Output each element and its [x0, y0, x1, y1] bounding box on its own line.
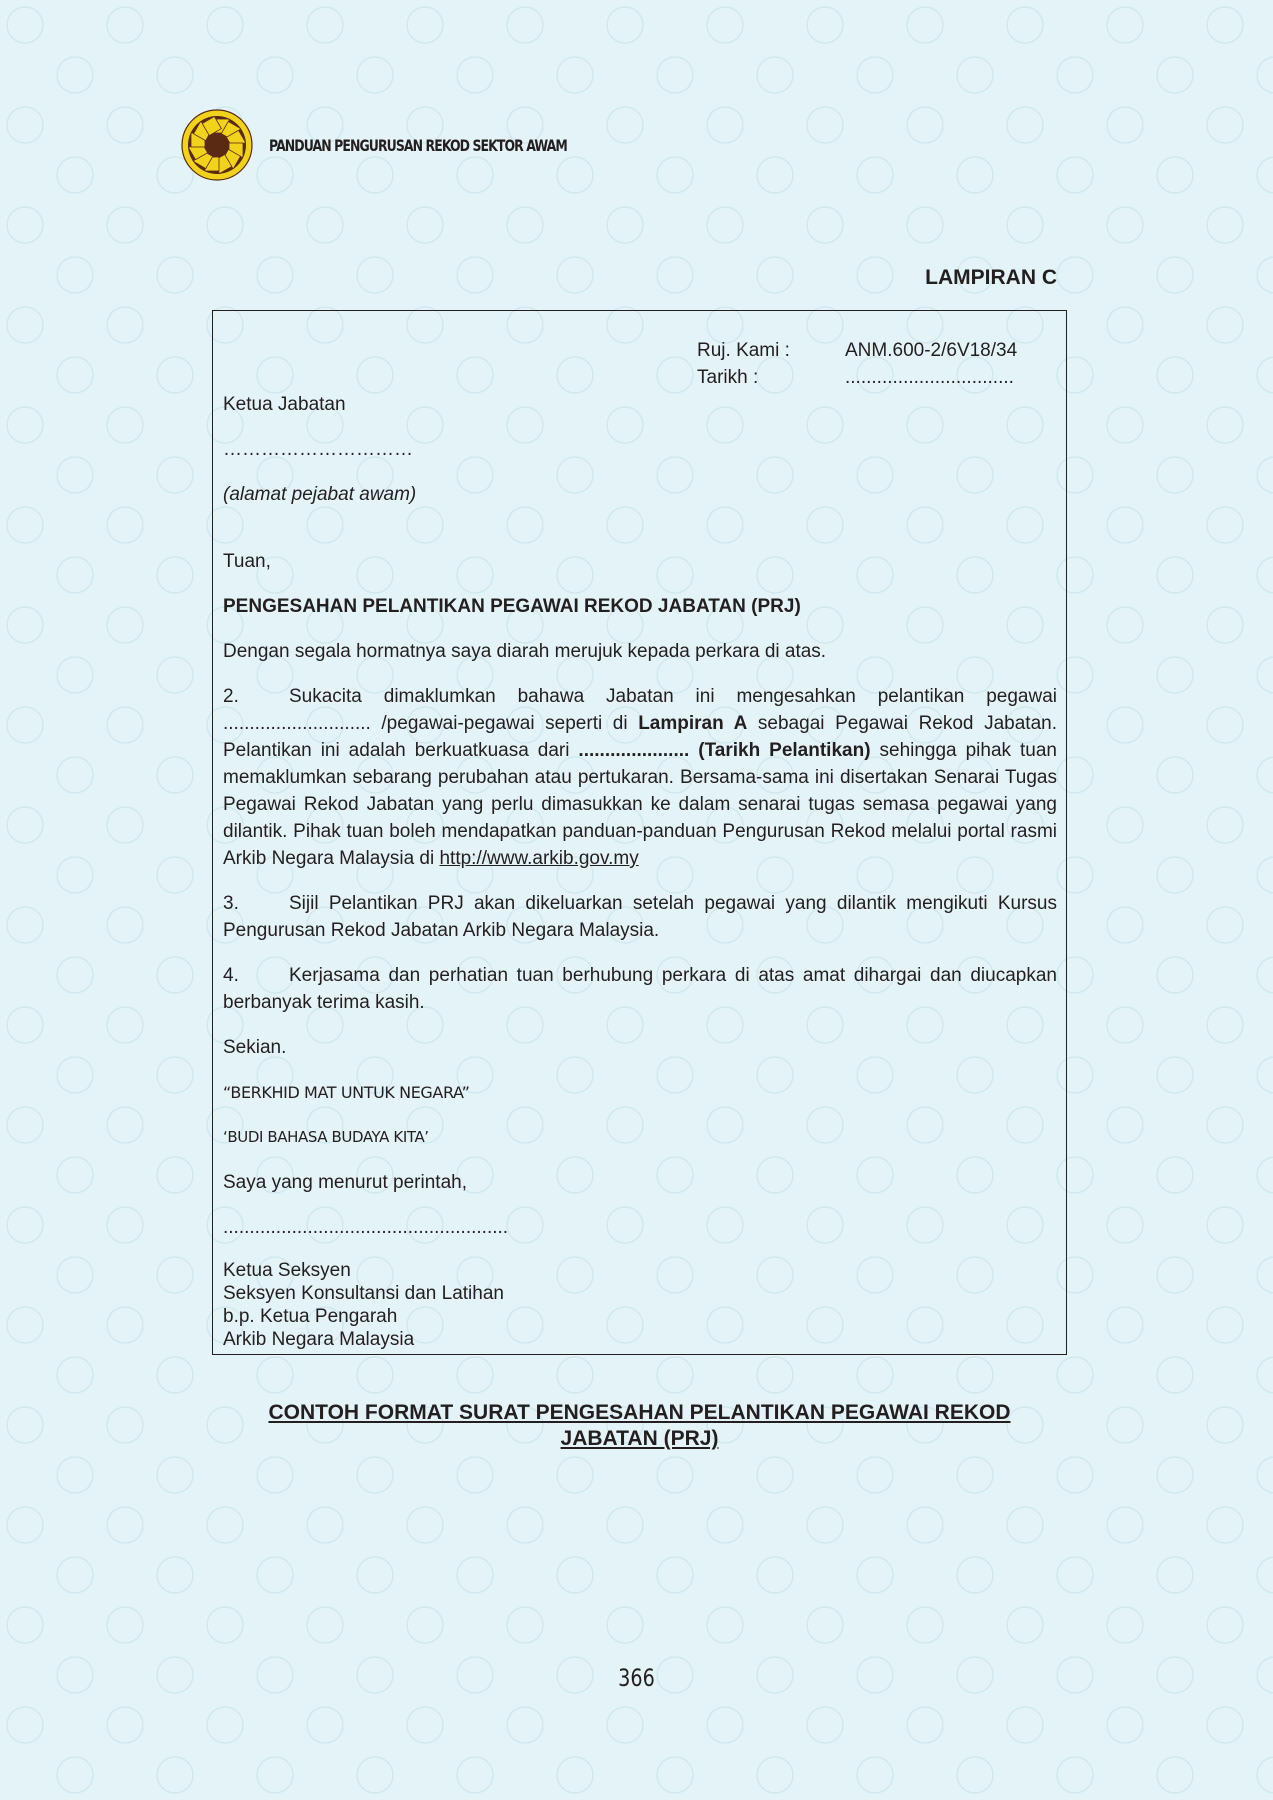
- motto-budi-bahasa: ‘BUDI BAHASA BUDAYA KITA’: [223, 1124, 1057, 1151]
- figure-caption: CONTOH FORMAT SURAT PENGESAHAN PELANTIKA…: [212, 1400, 1067, 1452]
- signatory-line: b.p. Ketua Pengarah: [223, 1305, 1057, 1328]
- signoff: Saya yang menurut perintah,: [223, 1169, 1057, 1196]
- guide-title: PANDUAN PENGURUSAN REKOD SEKTOR AWAM: [269, 136, 567, 155]
- closing: Sekian.: [223, 1034, 1057, 1061]
- recipient-title: Ketua Jabatan: [223, 391, 1057, 418]
- reference-block: Ruj. Kami : ANM.600-2/6V18/34 Tarikh : .…: [697, 337, 1017, 391]
- caption-line-1: CONTOH FORMAT SURAT PENGESAHAN PELANTIKA…: [268, 1401, 1010, 1424]
- reference-value: ANM.600-2/6V18/34: [845, 337, 1017, 364]
- paragraph-number: 4.: [223, 962, 289, 989]
- opening-paragraph: Dengan segala hormatnya saya diarah meru…: [223, 638, 1057, 665]
- paragraph-number: 2.: [223, 683, 289, 710]
- signatory-line: Ketua Seksyen: [223, 1259, 1057, 1282]
- page-number: 366: [127, 1664, 1145, 1692]
- appointment-date-placeholder: ..................... (Tarikh Pelantikan…: [578, 740, 870, 761]
- recipient-name-placeholder: …………………………: [223, 436, 1057, 463]
- signatory-block: Ketua Seksyen Seksyen Konsultansi dan La…: [223, 1259, 1057, 1351]
- date-label: Tarikh :: [697, 364, 845, 391]
- recipient-address-placeholder: (alamat pejabat awam): [223, 481, 1057, 508]
- arkib-emblem-icon: [181, 109, 253, 181]
- paragraph-number: 3.: [223, 890, 289, 917]
- letter-subject: PENGESAHAN PELANTIKAN PEGAWAI REKOD JABA…: [223, 593, 1057, 620]
- motto-berkhidmat: “BERKHID MAT UNTUK NEGARA”: [223, 1079, 1057, 1106]
- letter-body: Ketua Jabatan ………………………… (alamat pejabat…: [223, 391, 1057, 1351]
- appendix-reference: Lampiran A: [638, 713, 747, 734]
- signature-line: ........................................…: [223, 1214, 1057, 1241]
- signatory-line: Arkib Negara Malaysia: [223, 1328, 1057, 1351]
- page-header: PANDUAN PENGURUSAN REKOD SEKTOR AWAM: [181, 109, 651, 181]
- signatory-line: Seksyen Konsultansi dan Latihan: [223, 1282, 1057, 1305]
- appendix-label: LAMPIRAN C: [925, 266, 1057, 290]
- reference-label: Ruj. Kami :: [697, 337, 845, 364]
- sample-letter: Ruj. Kami : ANM.600-2/6V18/34 Tarikh : .…: [212, 310, 1067, 1355]
- paragraph-text: Kerjasama dan perhatian tuan berhubung p…: [223, 965, 1057, 1013]
- paragraph-text: Sijil Pelantikan PRJ akan dikeluarkan se…: [223, 893, 1057, 941]
- paragraph-2: 2.Sukacita dimaklumkan bahawa Jabatan in…: [223, 683, 1057, 872]
- paragraph-4: 4.Kerjasama dan perhatian tuan berhubung…: [223, 962, 1057, 1016]
- salutation: Tuan,: [223, 548, 1057, 575]
- arkib-website-link[interactable]: http://www.arkib.gov.my: [439, 848, 638, 869]
- date-value: ................................: [845, 364, 1014, 391]
- paragraph-3: 3.Sijil Pelantikan PRJ akan dikeluarkan …: [223, 890, 1057, 944]
- caption-line-2: JABATAN (PRJ): [561, 1427, 719, 1450]
